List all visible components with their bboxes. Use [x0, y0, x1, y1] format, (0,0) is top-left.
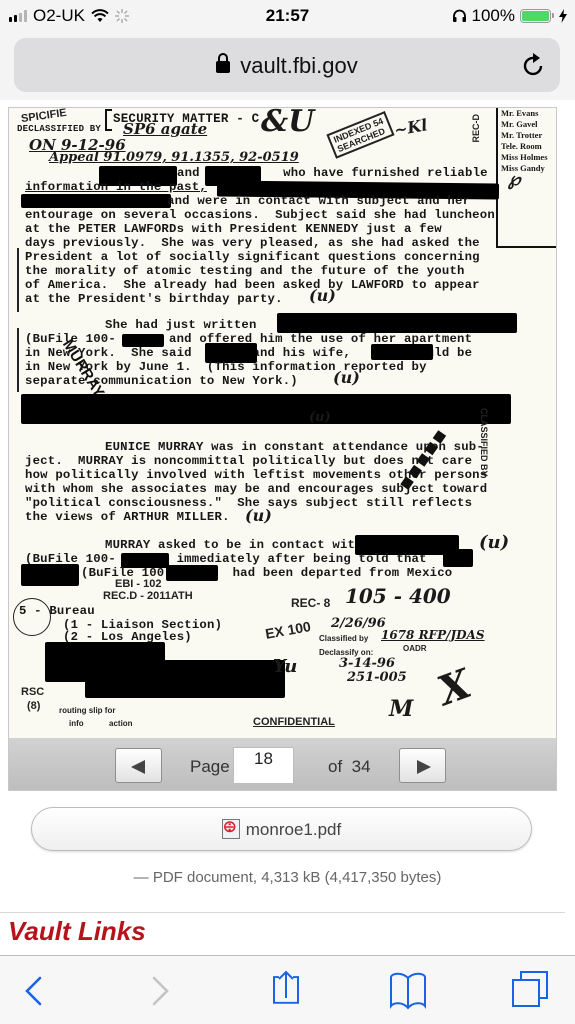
confidential-stamp: CONFIDENTIAL [253, 716, 335, 728]
scribble-mark: X [432, 660, 477, 715]
url-domain[interactable]: vault.fbi.gov [240, 53, 357, 78]
vault-links-heading[interactable]: Vault Links [8, 916, 146, 947]
doc-line: information in the past, [25, 180, 207, 194]
doc-line: (BuFile 100- immediately after being tol… [25, 552, 427, 566]
doc-line: days previously. She was very pleased, a… [25, 236, 480, 250]
distribution-line: 5 - Bureau [19, 604, 95, 618]
share-icon[interactable] [266, 970, 306, 1010]
handwritten-mark: Yu [273, 656, 297, 677]
tabs-icon[interactable] [510, 970, 550, 1010]
doc-line: the morality of atomic testing and the f… [25, 264, 465, 278]
doc-line: at the PETER LAWFORDs with President KEN… [25, 222, 442, 236]
bookmarks-icon[interactable] [388, 970, 428, 1010]
action-checkbox-label: action [109, 719, 133, 728]
routing-stamp: INDEXED 54SEARCHED [326, 111, 394, 159]
ex-date: 2/26/96 [331, 616, 386, 631]
classified-by-label: Classified by [319, 634, 368, 643]
lock-icon [216, 61, 230, 73]
routing-slip-label: routing slip for [59, 706, 115, 715]
prev-page-icon [131, 760, 145, 774]
document-page-image[interactable]: SPICIFIE SECURITY MATTER - C DECLASSIFIE… [9, 108, 556, 738]
doc-line: President a lot of socially significant … [25, 250, 480, 264]
handwritten-classifier: 1678 RFP/JDAS [381, 628, 485, 642]
doc-line: separate communication to New York.) [25, 374, 298, 388]
classification-mark: (u) [333, 368, 360, 387]
classification-mark: (u) [245, 506, 272, 525]
prev-page-button[interactable] [115, 748, 162, 783]
reload-icon[interactable] [522, 51, 546, 77]
pdf-filename: monroe1.pdf [246, 820, 341, 839]
pdf-icon [222, 819, 240, 839]
file-number-handwritten: 105 - 400 [345, 584, 451, 608]
oadr-label: OADR [403, 644, 427, 653]
doc-line: entourage on several occasions. Subject … [25, 208, 495, 222]
rec-stamp: REC- 8 [291, 596, 330, 610]
handwritten-date: 3-14-96 [339, 656, 395, 671]
file-ref: EBI - 102 [115, 578, 161, 590]
doc-line: the views of ARTHUR MILLER. [25, 510, 230, 524]
ex-stamp: EX 100 [264, 618, 312, 642]
appeal-numbers: Appeal 91.0979, 91.1355, 92-0519 [49, 150, 299, 165]
headphones-icon [452, 9, 467, 23]
charging-bolt-icon [559, 9, 567, 23]
address-bar[interactable]: vault.fbi.gov [14, 38, 560, 92]
of-label: of 34 [328, 757, 371, 777]
classified-vertical-stamp: CLASSIFIED BY [479, 408, 489, 477]
next-page-icon [417, 760, 431, 774]
count-label: (8) [27, 700, 40, 712]
scribble-mark: M [389, 696, 413, 722]
declassified-signature: SP6 agate [123, 120, 207, 138]
page-number-input[interactable]: 18 [233, 747, 294, 784]
document-viewer: SPICIFIE SECURITY MATTER - C DECLASSIFIE… [8, 107, 557, 791]
doc-line: MURRAY asked to be in contact with [105, 538, 363, 552]
doc-line: and who have furnished reliable [177, 166, 488, 180]
declassified-by: DECLASSIFIED BY [17, 124, 101, 134]
total-pages: 34 [352, 757, 371, 776]
classification-mark: (u) [479, 532, 509, 553]
handwritten-initials: ~Kl [393, 115, 429, 140]
back-icon[interactable] [14, 970, 54, 1010]
doc-line: She had just written [105, 318, 257, 332]
next-page-button[interactable] [399, 748, 446, 783]
doc-line: of America. She already had been asked b… [25, 278, 480, 292]
handwritten-ref: 251-005 [347, 670, 407, 685]
address-bar-container: vault.fbi.gov [0, 34, 575, 100]
initials-scrawl: &U [261, 108, 314, 139]
doc-line: at the President's birthday party. [25, 292, 283, 306]
page-label: Page [190, 757, 230, 777]
file-ref: REC.D - 2011ATH [103, 590, 193, 602]
page-navigator: Page 18 of 34 [9, 738, 556, 790]
browser-toolbar [0, 955, 575, 1024]
doc-line: and were in contact with subject and her [167, 194, 470, 208]
battery-percent: 100% [472, 6, 515, 26]
pdf-info: — PDF document, 4,313 kB (4,417,350 byte… [0, 869, 575, 886]
rsc-label: RSC [21, 686, 44, 698]
forward-icon[interactable] [138, 970, 178, 1010]
info-checkbox-label: info [69, 719, 84, 728]
battery-icon [520, 9, 551, 23]
divider [0, 912, 565, 913]
classification-mark: (u) [309, 410, 331, 425]
routing-box: Mr. Evans Mr. Gavel Mr. Trotter Tele. Ro… [496, 108, 556, 248]
rec-vertical-stamp: REC-D [471, 114, 481, 143]
classification-mark: (u) [309, 286, 336, 305]
stamp-specified: SPICIFIE [20, 108, 67, 125]
status-bar: O2-UK 21:57 100% [0, 0, 575, 34]
download-pdf-button[interactable]: monroe1.pdf [31, 807, 532, 851]
